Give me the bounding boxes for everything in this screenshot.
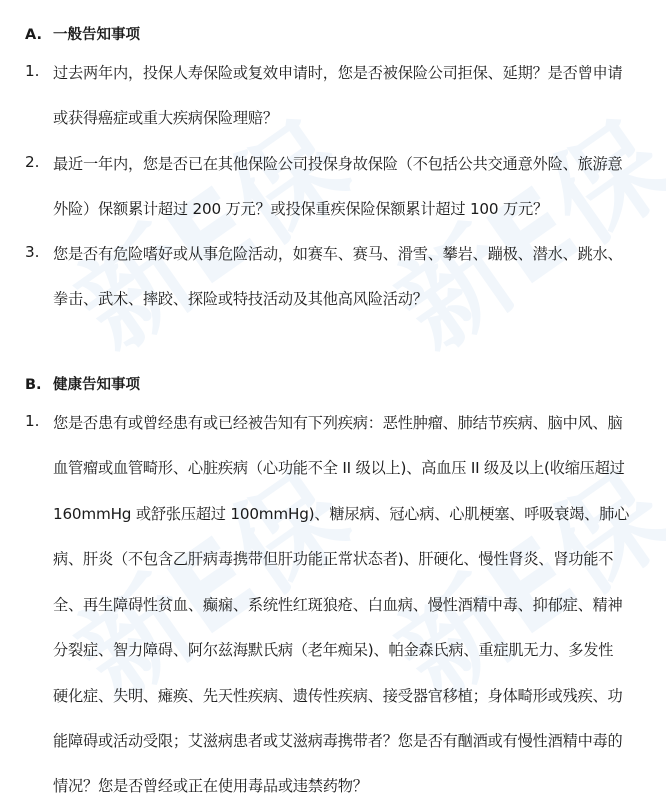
- item-text-line: 外险）保额累计超过 200 万元？或投保重疾保险保额累计超过 100 万元？: [53, 198, 548, 219]
- section-b-heading: B.健康告知事项: [25, 373, 140, 394]
- section-label: B.: [25, 377, 53, 393]
- item-number: 1.: [25, 62, 40, 80]
- section-label: A.: [25, 27, 53, 43]
- item-text-line: 160mmHg 或舒张压超过 100mmHg)、糖尿病、冠心病、心肌梗塞、呼吸衰…: [53, 503, 629, 524]
- item-text-line: 硬化症、失明、瘫痪、先天性疾病、遗传性疾病、接受器官移植；身体畸形或残疾、功: [53, 685, 623, 706]
- section-title: 健康告知事项: [53, 377, 140, 393]
- item-text-line: 分裂症、智力障碍、阿尔兹海默氏病（老年痴呆)、帕金森氏病、重症肌无力、多发性: [53, 639, 613, 660]
- item-text-line: 情况？您是否曾经或正在使用毒品或违禁药物？: [53, 775, 368, 796]
- item-text-line: 或获得癌症或重大疾病保险理赔？: [53, 107, 278, 128]
- item-text-line: 过去两年内，投保人寿保险或复效申请时，您是否被保险公司拒保、延期？是否曾申请: [53, 62, 623, 83]
- item-text-line: 血管瘤或血管畸形、心脏疾病（心功能不全 II 级以上)、高血压 II 级及以上(…: [53, 457, 625, 478]
- item-text-line: 拳击、武术、摔跤、探险或特技活动及其他高风险活动？: [53, 288, 428, 309]
- section-title: 一般告知事项: [53, 27, 140, 43]
- item-text-line: 病、肝炎（不包含乙肝病毒携带但肝功能正常状态者)、肝硬化、慢性肾炎、肾功能不: [53, 548, 613, 569]
- item-text-line: 能障碍或活动受限；艾滋病患者或艾滋病毒携带者？您是否有酗酒或有慢性酒精中毒的: [53, 730, 623, 751]
- item-text-line: 全、再生障碍性贫血、癫痫、系统性红斑狼疮、白血病、慢性酒精中毒、抑郁症、精神: [53, 594, 623, 615]
- item-number: 3.: [25, 243, 40, 261]
- item-text-line: 您是否有危险嗜好或从事危险活动，如赛车、赛马、滑雪、攀岩、蹦极、潜水、跳水、: [53, 243, 623, 264]
- section-a-heading: A.一般告知事项: [25, 23, 140, 44]
- item-number: 2.: [25, 153, 40, 171]
- watermark: 新E保: [361, 80, 666, 379]
- item-number: 1.: [25, 412, 40, 430]
- item-text-line: 您是否患有或曾经患有或已经被告知有下列疾病：恶性肿瘤、肺结节疾病、脑中风、脑: [53, 412, 623, 433]
- item-text-line: 最近一年内，您是否已在其他保险公司投保身故保险（不包括公共交通意外险、旅游意: [53, 153, 623, 174]
